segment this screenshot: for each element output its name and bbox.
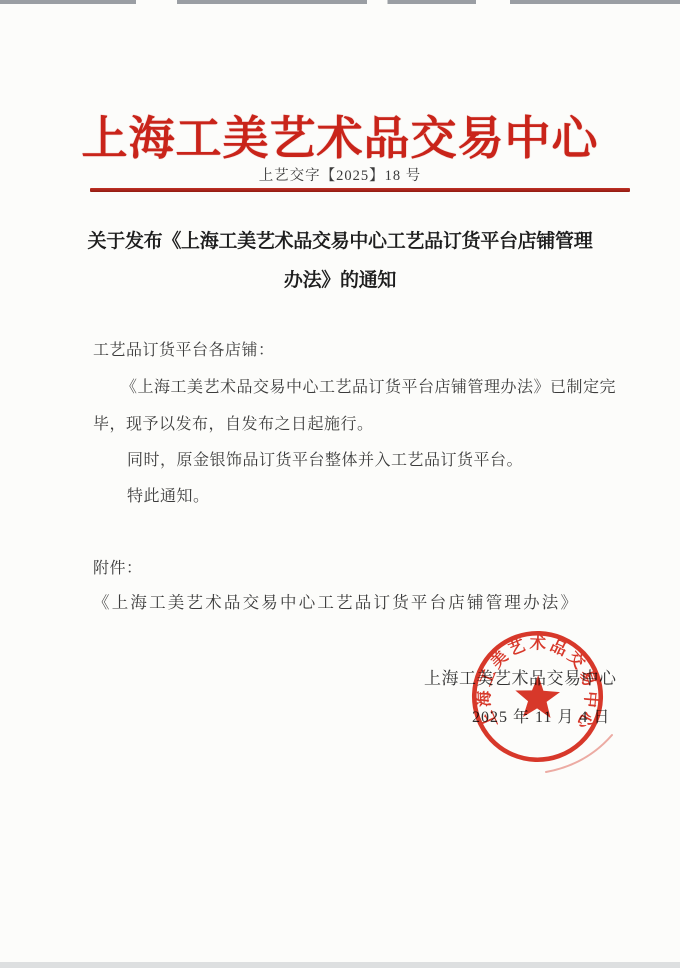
notice-title-line1: 关于发布《上海工美艺术品交易中心工艺品订货平台店铺管理 [0, 226, 680, 253]
pen-mark [538, 726, 624, 780]
notice-title-line2: 办法》的通知 [0, 265, 680, 292]
red-separator-rule [90, 188, 630, 192]
attachment-title: 《上海工美艺术品交易中心工艺品订货平台店铺管理办法》 [93, 589, 579, 613]
body-line: 《上海工美艺术品交易中心工艺品订货平台店铺管理办法》已制定完 [121, 374, 616, 397]
body-line: 同时，原金银饰品订货平台整体并入工艺品订货平台。 [127, 447, 523, 470]
scan-artifact-top [0, 0, 680, 4]
org-name-header: 上海工美艺术品交易中心 [0, 102, 680, 168]
pen-mark-stroke [546, 735, 612, 772]
attachment-label: 附件： [93, 555, 143, 578]
scan-artifact-bottom [0, 962, 680, 968]
salutation-line: 工艺品订货平台各店铺： [93, 337, 275, 360]
body-line: 毕，现予以发布，自发布之日起施行。 [93, 411, 374, 434]
official-document-page: 上海工美艺术品交易中心 上艺交字【2025】18 号 关于发布《上海工美艺术品交… [0, 0, 680, 968]
body-line: 特此通知。 [127, 483, 210, 506]
doc-number: 上艺交字【2025】18 号 [0, 164, 680, 185]
seal-star-icon [514, 674, 560, 718]
